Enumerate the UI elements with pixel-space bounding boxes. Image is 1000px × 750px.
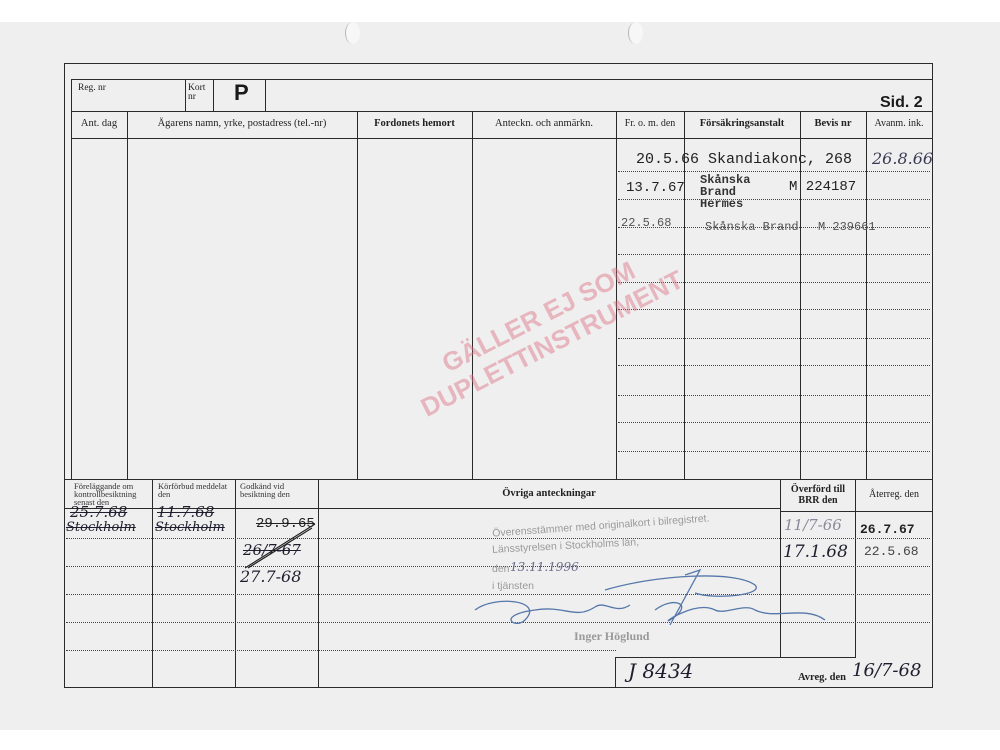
col-line — [318, 479, 319, 687]
insurance-insurer: Skandiakonc, 268 — [708, 151, 852, 168]
colhdr-top — [71, 111, 932, 112]
rereg-date: 26.7.67 — [860, 522, 915, 537]
rereg-date: 22.5.68 — [864, 544, 919, 559]
brr-date: 11/7-66 — [784, 516, 842, 534]
bottom-top — [64, 479, 932, 480]
frame-left — [64, 63, 65, 687]
insurance-insurer: Skånska Brand — [705, 220, 799, 234]
col-header-approved: Godkänd vid besiktning den — [240, 482, 312, 498]
row-line — [618, 338, 930, 339]
col-line — [472, 111, 473, 479]
driving-ban-date: 11.7.68 — [157, 503, 214, 521]
col-header-owner: Ägarens namn, yrke, postadress (tel.-nr) — [127, 118, 357, 129]
row-line — [618, 309, 930, 310]
col-header-other-notes: Övriga anteckningar — [318, 488, 780, 499]
row-line — [618, 451, 930, 452]
col-line — [357, 111, 358, 479]
insurance-deregistered: 26.8.66 — [872, 149, 933, 168]
col-header-driving-ban: Körförbud meddelat den — [158, 482, 230, 498]
row-line — [618, 171, 930, 172]
col-line — [235, 479, 236, 687]
col-header-dereg: Avanm. ink. — [866, 118, 932, 129]
frame-top — [64, 63, 932, 64]
insurance-from-date: 13.7.67 — [626, 180, 685, 196]
card-number: J 8434 — [628, 659, 693, 683]
arrow-annotation — [240, 520, 320, 570]
frame-bottom — [64, 687, 933, 688]
punch-hole — [345, 22, 360, 44]
inner-left — [71, 79, 72, 479]
row-line — [618, 199, 930, 200]
card-letter: P — [234, 80, 249, 106]
row-line — [618, 422, 930, 423]
kort-nr-label: Kort nr — [188, 84, 208, 102]
row-line — [66, 650, 616, 651]
colhdr-bottom — [71, 138, 932, 139]
col-header-rereg: Återreg. den — [856, 489, 932, 500]
signature-icon — [455, 565, 845, 645]
footer-line — [615, 657, 856, 658]
col-line — [866, 111, 867, 479]
punch-hole — [628, 22, 643, 44]
avreg-label: Avreg. den — [798, 672, 846, 683]
col-header-home: Fordonets hemort — [357, 118, 472, 129]
driving-ban-note: Stockholm — [155, 520, 225, 535]
bottom-hdr-line-right — [780, 511, 932, 512]
col-header-brr: Överförd till BRR den — [782, 484, 854, 506]
insurance-cert-no: M 239661 — [818, 220, 876, 234]
col-header-cert: Bevis nr — [800, 118, 866, 129]
row-line — [618, 395, 930, 396]
inspection-order-date: 25.7.68 — [70, 503, 127, 521]
page-label: Sid. 2 — [880, 94, 923, 112]
insurance-insurer: Skånska Brand Hermes — [700, 174, 770, 210]
insurance-cert-no: M 224187 — [789, 179, 856, 195]
brr-date: 17.1.68 — [783, 542, 848, 562]
col-header-notes: Anteckn. och anmärkn. — [472, 118, 616, 129]
col-line — [127, 111, 128, 479]
footer-divider — [615, 657, 616, 687]
col-header-ant-dag: Ant. dag — [71, 118, 127, 129]
col-line — [855, 479, 856, 657]
kort-divider — [213, 79, 214, 111]
letter-divider — [265, 79, 266, 111]
reg-nr-label: Reg. nr — [78, 84, 106, 93]
row-line — [618, 365, 930, 366]
avreg-date: 16/7-68 — [852, 660, 921, 681]
col-line — [152, 479, 153, 687]
header-row-top — [71, 79, 932, 80]
inspection-order-note: Stockholm — [66, 520, 136, 535]
col-header-insurer: Försäkringsanstalt — [684, 118, 800, 129]
reg-divider — [185, 79, 186, 111]
insurance-from-date: 22.5.68 — [621, 216, 671, 230]
col-header-from: Fr. o. m. den — [616, 118, 684, 129]
insurance-from-date: 20.5.66 — [636, 151, 699, 168]
